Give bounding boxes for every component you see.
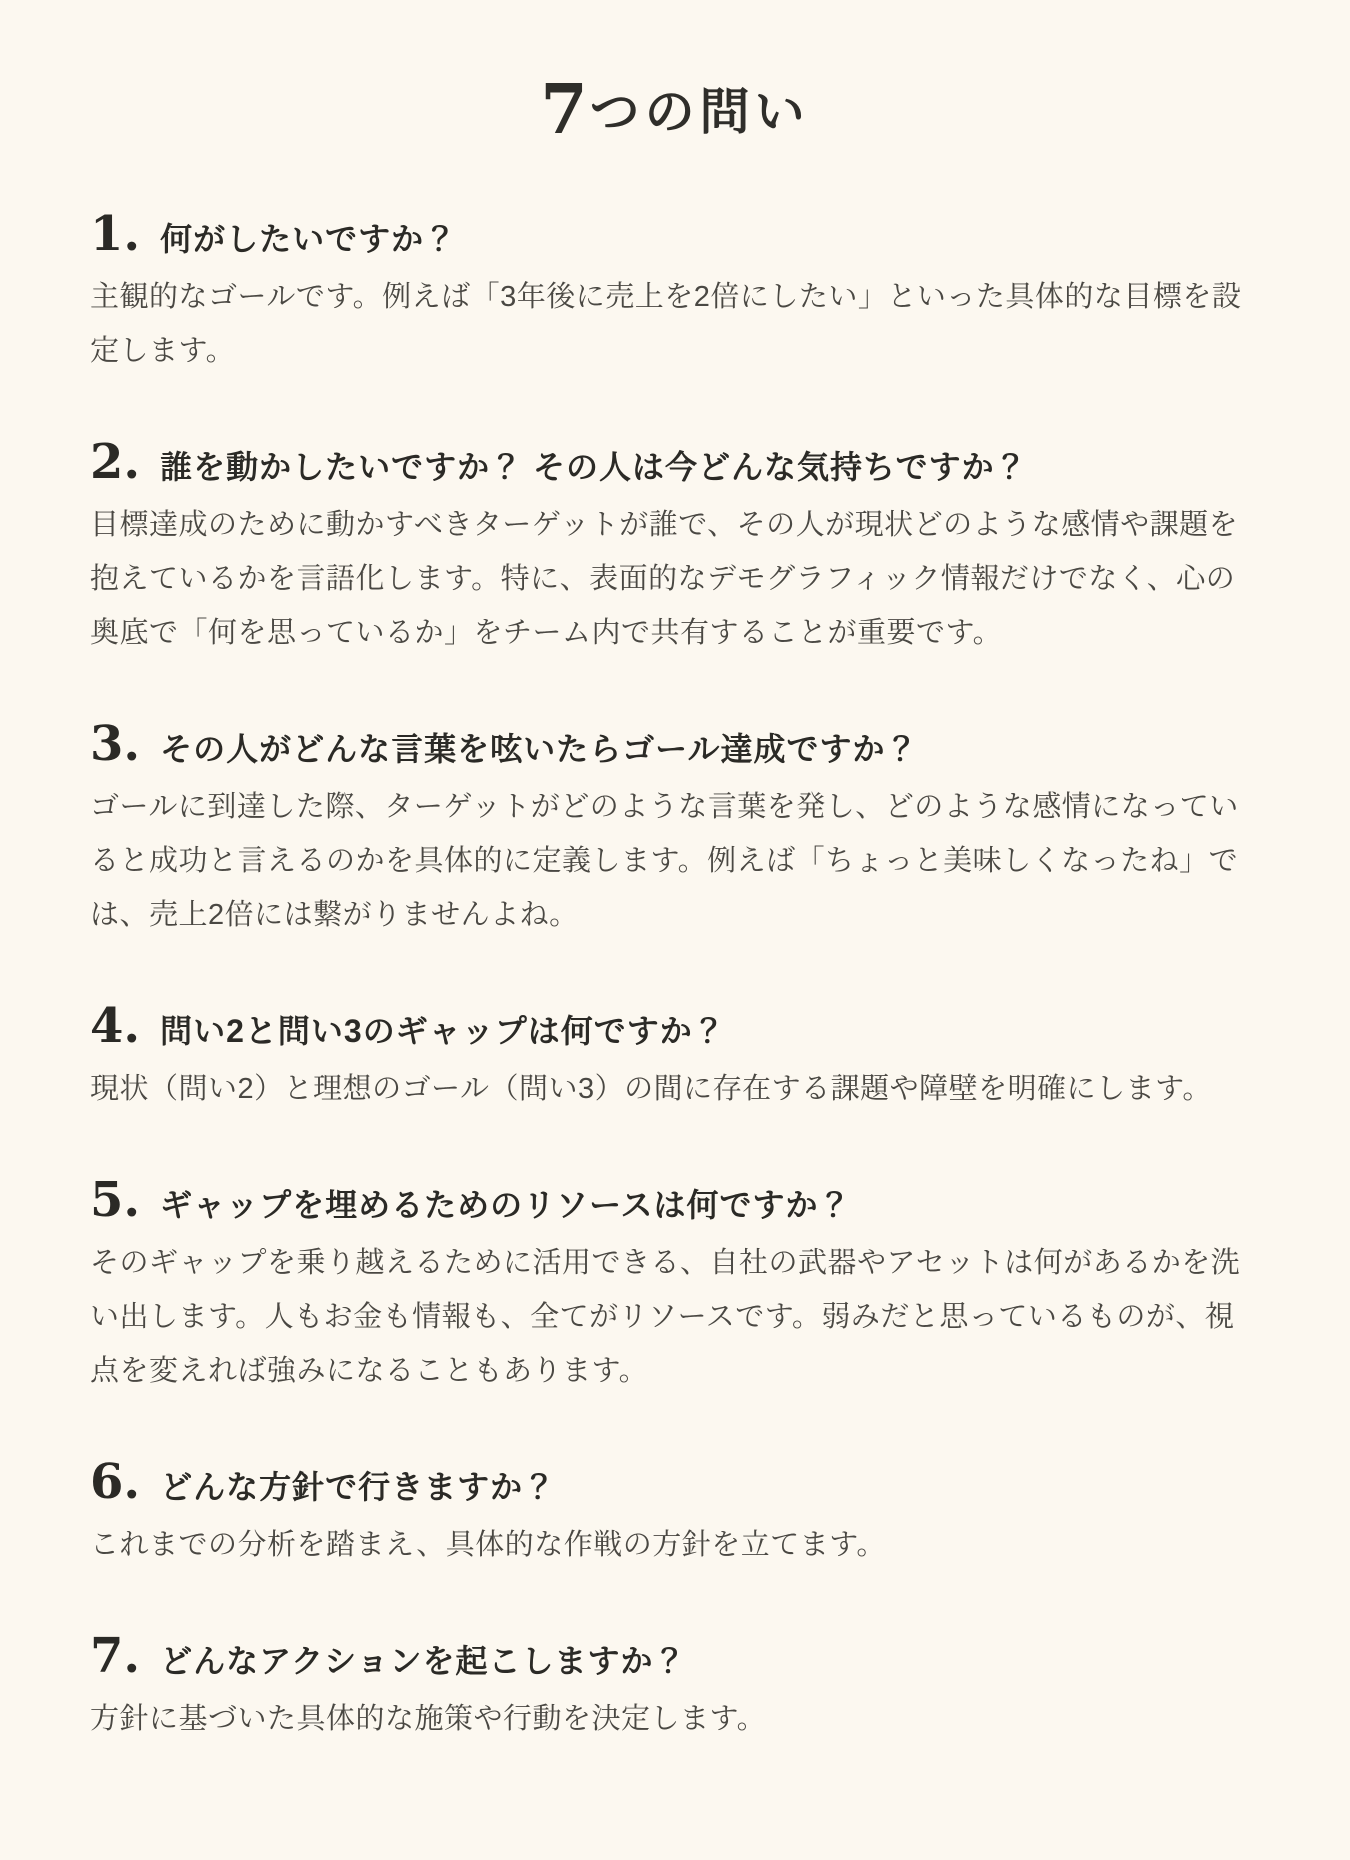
question-item-6: 6. どんな方針で行きますか？ これまでの分析を踏まえ、具体的な作戦の方針を立て… bbox=[90, 1454, 1260, 1572]
question-number: 3. bbox=[90, 716, 140, 772]
question-body: 主観的なゴールです。例えば「3年後に売上を2倍にしたい」といった具体的な目標を設… bbox=[90, 270, 1260, 378]
question-title: どんなアクションを起こしますか？ bbox=[160, 1636, 686, 1686]
question-number: 4. bbox=[90, 998, 140, 1054]
document-page: 7つの問い 1. 何がしたいですか？ 主観的なゴールです。例えば「3年後に売上を… bbox=[0, 0, 1350, 1860]
question-heading-row: 7. どんなアクションを起こしますか？ bbox=[90, 1628, 1260, 1686]
question-number: 5. bbox=[90, 1172, 140, 1228]
question-item-5: 5. ギャップを埋めるためのリソースは何ですか？ そのギャップを乗り越えるために… bbox=[90, 1172, 1260, 1398]
question-item-1: 1. 何がしたいですか？ 主観的なゴールです。例えば「3年後に売上を2倍にしたい… bbox=[90, 206, 1260, 378]
question-number: 6. bbox=[90, 1454, 140, 1510]
question-number: 2. bbox=[90, 434, 140, 490]
page-title-number: 7 bbox=[540, 70, 589, 150]
question-item-2: 2. 誰を動かしたいですか？ その人は今どんな気持ちですか？ 目標達成のために動… bbox=[90, 434, 1260, 660]
question-heading-row: 1. 何がしたいですか？ bbox=[90, 206, 1260, 264]
question-item-3: 3. その人がどんな言葉を呟いたらゴール達成ですか？ ゴールに到達した際、ターゲ… bbox=[90, 716, 1260, 942]
question-title: 問い2と問い3のギャップは何ですか？ bbox=[160, 1006, 726, 1056]
question-title: その人がどんな言葉を呟いたらゴール達成ですか？ bbox=[160, 724, 918, 774]
question-body: そのギャップを乗り越えるために活用できる、自社の武器やアセットは何があるかを洗い… bbox=[90, 1236, 1260, 1398]
question-title: 誰を動かしたいですか？ その人は今どんな気持ちですか？ bbox=[160, 442, 1028, 492]
question-title: ギャップを埋めるためのリソースは何ですか？ bbox=[160, 1180, 851, 1230]
question-item-4: 4. 問い2と問い3のギャップは何ですか？ 現状（問い2）と理想のゴール（問い3… bbox=[90, 998, 1260, 1116]
question-heading-row: 5. ギャップを埋めるためのリソースは何ですか？ bbox=[90, 1172, 1260, 1230]
page-title: 7つの問い bbox=[90, 0, 1260, 150]
question-heading-row: 6. どんな方針で行きますか？ bbox=[90, 1454, 1260, 1512]
page-title-text: つの問い bbox=[590, 84, 810, 140]
question-body: 方針に基づいた具体的な施策や行動を決定します。 bbox=[90, 1692, 1260, 1746]
question-heading-row: 2. 誰を動かしたいですか？ その人は今どんな気持ちですか？ bbox=[90, 434, 1260, 492]
question-number: 1. bbox=[90, 206, 140, 262]
question-heading-row: 4. 問い2と問い3のギャップは何ですか？ bbox=[90, 998, 1260, 1056]
question-body: 目標達成のために動かすべきターゲットが誰で、その人が現状どのような感情や課題を抱… bbox=[90, 498, 1260, 660]
question-body: これまでの分析を踏まえ、具体的な作戦の方針を立てます。 bbox=[90, 1518, 1260, 1572]
question-heading-row: 3. その人がどんな言葉を呟いたらゴール達成ですか？ bbox=[90, 716, 1260, 774]
question-number: 7. bbox=[90, 1628, 140, 1684]
question-item-7: 7. どんなアクションを起こしますか？ 方針に基づいた具体的な施策や行動を決定し… bbox=[90, 1628, 1260, 1746]
question-title: 何がしたいですか？ bbox=[160, 214, 457, 264]
question-body: ゴールに到達した際、ターゲットがどのような言葉を発し、どのような感情になっている… bbox=[90, 780, 1260, 942]
question-body: 現状（問い2）と理想のゴール（問い3）の間に存在する課題や障壁を明確にします。 bbox=[90, 1062, 1260, 1116]
question-title: どんな方針で行きますか？ bbox=[160, 1462, 556, 1512]
